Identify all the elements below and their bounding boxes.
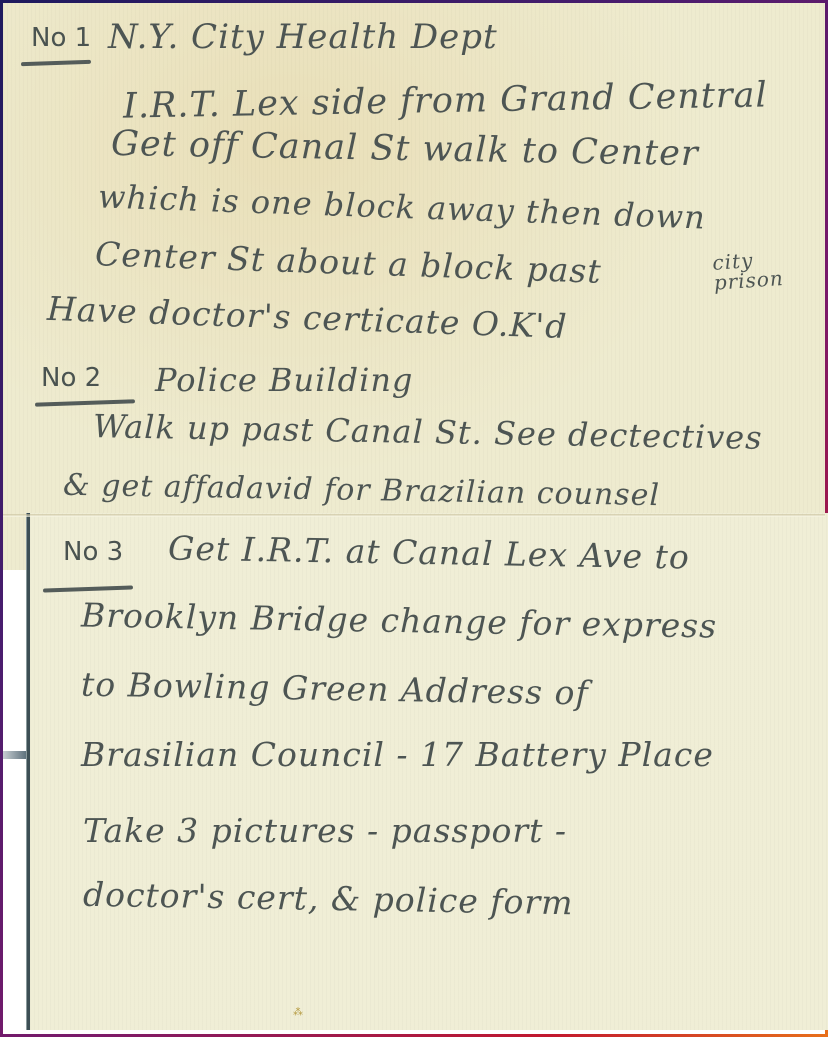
- section-heading-1: N.Y. City Health Dept: [108, 17, 498, 57]
- torn-edge-gap: [3, 570, 27, 1030]
- section-number-2: No 2: [41, 363, 101, 393]
- scanned-note: No 1 N.Y. City Health Dept I.R.T. Lex si…: [3, 3, 825, 1030]
- fold-line: [3, 514, 825, 517]
- section-number-3: No 3: [63, 537, 123, 567]
- section-number-1: No 1: [31, 23, 91, 53]
- paper-stain: ⁂: [293, 1007, 303, 1018]
- edge-shadow: [3, 751, 27, 759]
- note-line: Take 3 pictures - passport -: [83, 811, 567, 850]
- note-line: Brasilian Council - 17 Battery Place: [81, 735, 714, 774]
- section-heading-2: Police Building: [155, 361, 413, 399]
- margin-annotation: city prison: [712, 245, 825, 293]
